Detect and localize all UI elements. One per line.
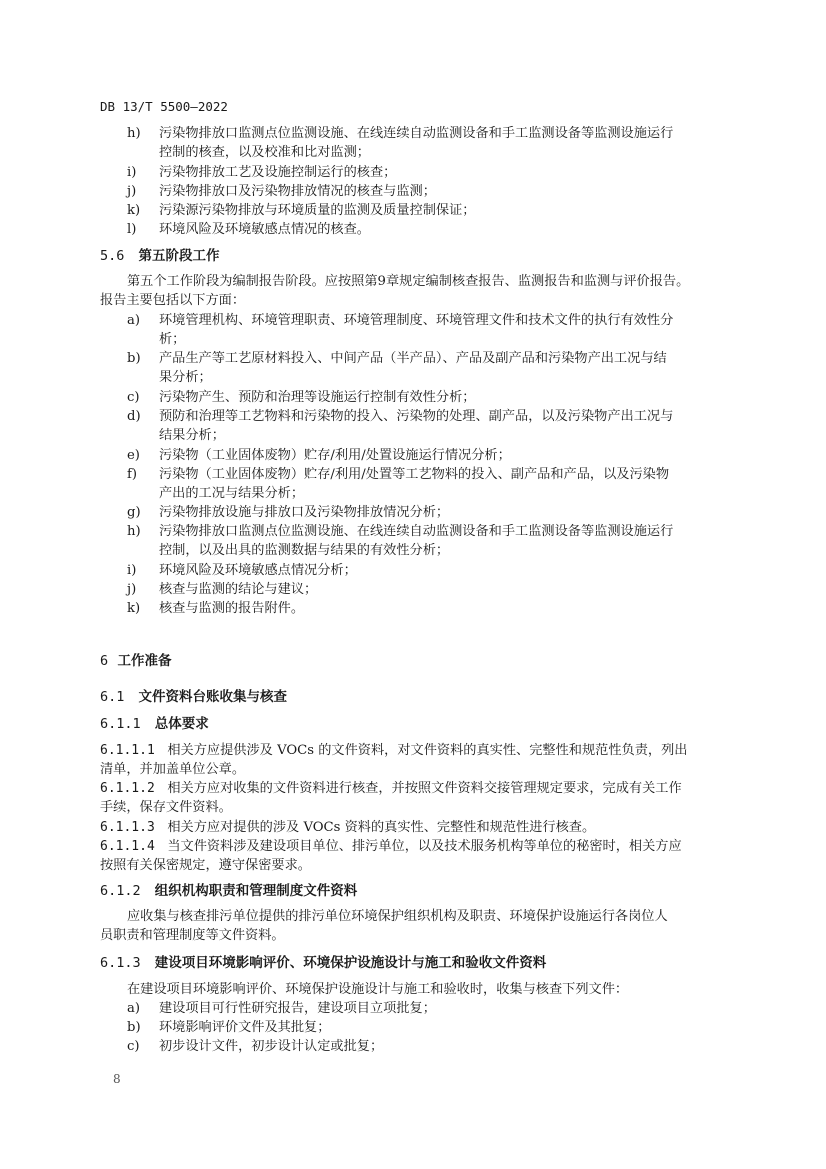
list-item-label: h) <box>127 124 157 143</box>
section-heading-6-1: 6.1 文件资料台账收集与核查 <box>100 688 730 707</box>
clause-continuation: 清单，并加盖单位公章。 <box>100 760 730 779</box>
section-heading-5-6: 5.6 第五阶段工作 <box>100 247 730 266</box>
clause-6-1-1-2: 6.1.1.2 相关方应对收集的文件资料进行核查，并按照文件资料交接管理规定要求… <box>100 779 730 798</box>
clause-6-1-1-1: 6.1.1.1 相关方应提供涉及 VOCs 的文件资料，对文件资料的真实性、完整… <box>100 741 730 760</box>
list-item-label: l) <box>127 220 157 239</box>
clause-continuation: 按照有关保密规定，遵守保密要求。 <box>100 856 730 875</box>
clause-continuation: 手续，保存文件资料。 <box>100 798 730 817</box>
document-code-header: DB 13/T 5500—2022 <box>100 99 228 114</box>
paragraph-continuation: 报告主要包括以下方面： <box>100 291 730 310</box>
paragraph-continuation: 员职责和管理制度等文件资料。 <box>100 926 730 945</box>
paragraph: 第五个工作阶段为编制报告阶段。应按照第9章规定编制核查报告、监测报告和监测与评价… <box>100 272 757 291</box>
list-item-label: k) <box>127 201 157 220</box>
list-item-label: j) <box>127 182 157 201</box>
section-heading-6-1-2: 6.1.2 组织机构职责和管理制度文件资料 <box>100 882 730 901</box>
section-heading-6-1-3: 6.1.3 建设项目环境影响评价、环境保护设施设计与施工和验收文件资料 <box>100 954 730 973</box>
chapter-heading-6: 6 工作准备 <box>100 652 730 671</box>
clause-6-1-1-4: 6.1.1.4 当文件资料涉及建设项目单位、排污单位，以及技术服务机构等单位的秘… <box>100 837 730 856</box>
paragraph: 在建设项目环境影响评价、环境保护设施设计与施工和验收时，收集与核查下列文件： <box>100 980 757 999</box>
paragraph: 应收集与核查排污单位提供的排污单位环境保护组织机构及职责、环境保护设施运行各岗位… <box>100 907 757 926</box>
clause-6-1-1-3: 6.1.1.3 相关方应对提供的涉及 VOCs 资料的真实性、完整性和规范性进行… <box>100 818 730 837</box>
section-heading-6-1-1: 6.1.1 总体要求 <box>100 715 730 734</box>
page-number: 8 <box>113 1072 121 1086</box>
list-item-label: i) <box>127 163 157 182</box>
